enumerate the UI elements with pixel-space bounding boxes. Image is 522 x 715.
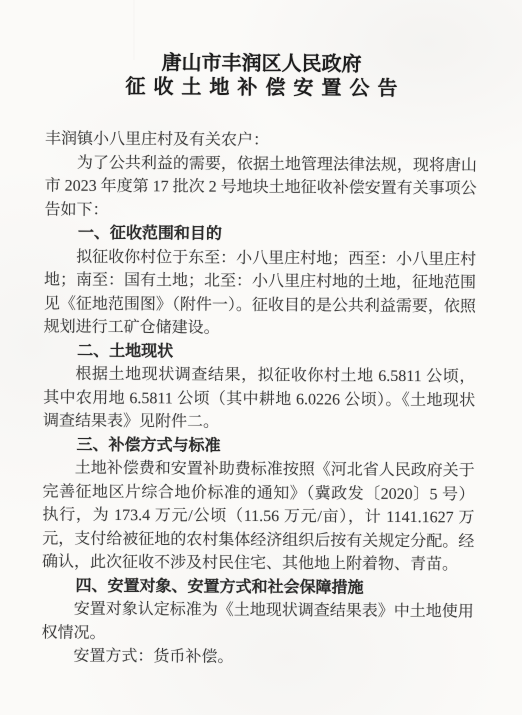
section-1-paragraph-1: 拟征收你村位于东至：小八里庄村地；西至：小八里庄村地；南至：国有土地；北至：小八…: [44, 245, 477, 342]
document-body: 丰润镇小八里庄村及有关农户： 为了公共利益的需要，依据土地管理法律法规，现将唐山…: [41, 127, 477, 671]
section-4-paragraph-2: 安置方式：货币补偿。: [41, 644, 473, 671]
document-title: 唐山市丰润区人民政府 征收土地补偿安置公告: [45, 50, 477, 101]
document-title-line1: 唐山市丰润区人民政府: [45, 50, 477, 77]
section-1-heading: 一、征收范围和目的: [44, 221, 476, 248]
section-2-heading: 二、土地现状: [43, 339, 475, 366]
announcement-document: 唐山市丰润区人民政府 征收土地补偿安置公告 丰润镇小八里庄村及有关农户： 为了公…: [0, 0, 522, 671]
document-title-line2: 征收土地补偿安置公告: [45, 74, 477, 101]
document-page: 唐山市丰润区人民政府 征收土地补偿安置公告 丰润镇小八里庄村及有关农户： 为了公…: [0, 0, 522, 715]
section-4-paragraph-1: 安置对象认定标准为《土地现状调查结果表》中土地使用权情况。: [41, 597, 473, 647]
section-3-paragraph-1: 土地补偿费和安置补助费标准按照《河北省人民政府关于完善征地区片综合地价标准的通知…: [42, 456, 475, 577]
intro-paragraph: 为了公共利益的需要，依据土地管理法律法规，现将唐山市 2023 年度第 17 批…: [44, 151, 476, 225]
section-4-heading: 四、安置对象、安置方式和社会保障措施: [42, 574, 474, 601]
section-3-heading: 三、补偿方式与标准: [43, 433, 475, 460]
salutation: 丰润镇小八里庄村及有关农户：: [45, 127, 477, 154]
section-2-paragraph-1: 根据土地现状调查结果，拟征收你村土地 6.5811 公顷，其中农用地 6.581…: [43, 362, 475, 436]
